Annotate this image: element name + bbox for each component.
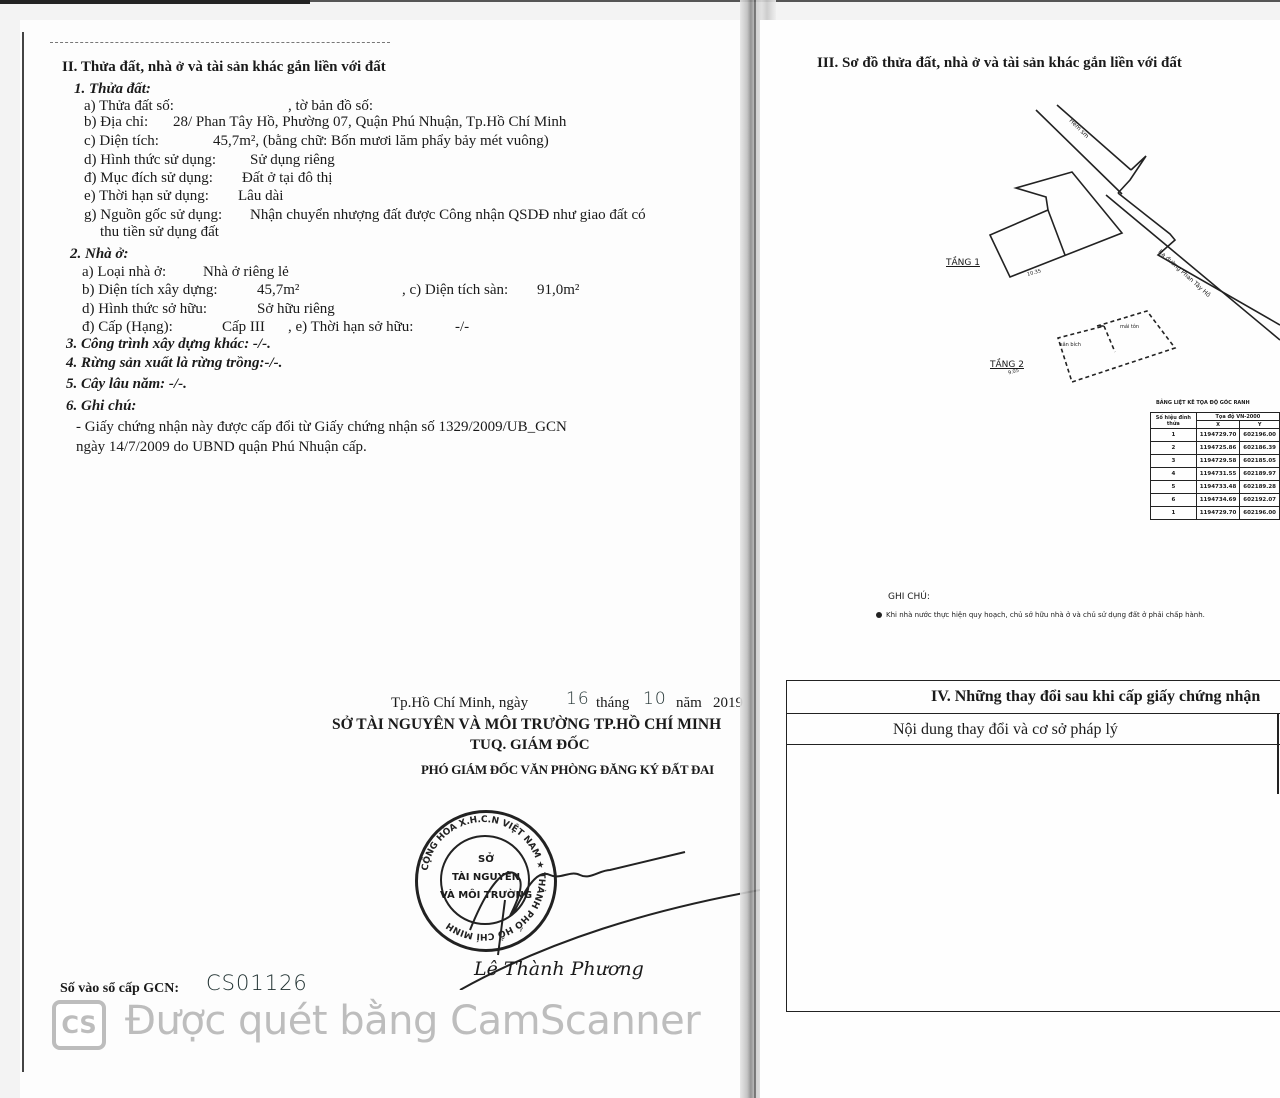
coord-cell-id: 1 [1151, 429, 1197, 442]
usage-term-value: Lâu dài [238, 187, 283, 205]
issue-date-day: 16 [566, 690, 590, 708]
issue-date-prefix: Tp.Hồ Chí Minh, ngày [391, 694, 528, 712]
section-iii-title: III. Sơ đồ thửa đất, nhà ở và tài sản kh… [817, 54, 1182, 72]
item3-other-constructions: 3. Công trình xây dựng khác: -/-. [66, 335, 271, 353]
section-iv-title: IV. Những thay đổi sau khi cấp giấy chứn… [931, 688, 1260, 706]
coord-cell-y: 602185.05 [1240, 455, 1280, 468]
coord-row: 11194729.70602196.00 [1151, 507, 1280, 520]
usage-purpose-value: Đất ở tại đô thị [242, 169, 332, 187]
floor-1-label: TẦNG 1 [946, 254, 980, 272]
ownership-value: Sở hữu riêng [257, 300, 335, 318]
note-line-2: ngày 14/7/2009 do UBND quận Phú Nhuận cấ… [76, 438, 367, 456]
issue-date-year: 2019 [713, 694, 743, 712]
coord-cell-x: 1194734.69 [1196, 494, 1240, 507]
item4-forest: 4. Rừng sản xuất là rừng trồng:-/-. [66, 354, 282, 372]
coord-cell-y: 602196.00 [1240, 507, 1280, 520]
floor-2-area-b: mái tôn [1120, 318, 1139, 336]
register-number: CS01126 [206, 974, 308, 992]
bullet-icon [876, 612, 882, 618]
land-plot-diagram [930, 100, 1280, 390]
section-ii-title: II. Thửa đất, nhà ở và tài sản khác gắn … [62, 58, 386, 76]
usage-term-label: e) Thời hạn sử dụng: [84, 187, 209, 205]
camscanner-logo-icon: CS [52, 1000, 106, 1050]
issue-date-month-label: tháng [596, 694, 629, 712]
signer-name: Lê Thành Phương [474, 958, 644, 980]
coord-cell-x: 1194729.58 [1196, 455, 1240, 468]
coord-cell-id: 2 [1151, 442, 1197, 455]
ownership-label: d) Hình thức sở hữu: [82, 300, 207, 318]
item6-notes-heading: 6. Ghi chú: [66, 397, 136, 415]
floor-area-value: 91,0m² [537, 281, 579, 299]
coord-cell-id: 1 [1151, 507, 1197, 520]
coord-cell-x: 1194725.86 [1196, 442, 1240, 455]
grade-value: Cấp III [222, 318, 265, 336]
coord-head-system: Tọa độ VN-2000 [1196, 413, 1279, 421]
usage-form-value: Sử dụng riêng [250, 151, 335, 169]
register-label: Số vào sổ cấp GCN: [60, 980, 179, 998]
signer-role: TUQ. GIÁM ĐỐC [470, 736, 590, 754]
ownership-term-value: -/- [455, 318, 469, 336]
diagram-note: Khi nhà nước thực hiện quy hoạch, chủ sở… [876, 611, 1205, 619]
coord-cell-y: 602189.28 [1240, 481, 1280, 494]
build-area-label: b) Diện tích xây dựng: [82, 281, 218, 299]
address-value: 28/ Phan Tây Hồ, Phường 07, Quận Phú Nhu… [173, 113, 566, 131]
coord-cell-y: 602196.00 [1240, 429, 1280, 442]
area-value: 45,7m², (bằng chữ: Bốn mươi lăm phẩy bảy… [213, 132, 549, 150]
coord-row: 21194725.86602186.39 [1151, 442, 1280, 455]
diagram-note-text: Khi nhà nước thực hiện quy hoạch, chủ sở… [886, 611, 1205, 619]
coord-row: 61194734.69602192.07 [1151, 494, 1280, 507]
coord-head-point: Số hiệu đỉnh thửa [1151, 413, 1197, 429]
coord-cell-y: 602192.07 [1240, 494, 1280, 507]
origin-value-cont: thu tiền sử dụng đất [100, 223, 219, 241]
house-heading: 2. Nhà ở: [70, 245, 128, 263]
usage-form-label: d) Hình thức sử dụng: [84, 151, 216, 169]
coord-row: 31194729.58602185.05 [1151, 455, 1280, 468]
usage-purpose-label: đ) Mục đích sử dụng: [84, 169, 213, 187]
issuing-authority: SỞ TÀI NGUYÊN VÀ MÔI TRƯỜNG TP.HỒ CHÍ MI… [332, 716, 721, 734]
issue-date-year-label: năm [676, 694, 702, 712]
grade-label: đ) Cấp (Hạng): [82, 318, 173, 336]
diagram-note-heading: GHI CHÚ: [888, 592, 930, 602]
scan-shadow [0, 0, 310, 4]
camscanner-watermark: Được quét bằng CamScanner [125, 998, 700, 1044]
coord-table: Số hiệu đỉnh thửa Tọa độ VN-2000 X Y 111… [1150, 412, 1280, 520]
coord-row: 51194733.48602189.28 [1151, 481, 1280, 494]
coord-cell-x: 1194729.70 [1196, 429, 1240, 442]
coord-cell-id: 6 [1151, 494, 1197, 507]
coord-row: 41194731.55602189.97 [1151, 468, 1280, 481]
floor-area-label: , c) Diện tích sàn: [402, 281, 508, 299]
land-heading: 1. Thửa đất: [74, 80, 151, 98]
issue-date-month: 10 [643, 690, 667, 708]
origin-label: g) Nguồn gốc sử dụng: [84, 206, 222, 224]
coord-cell-id: 4 [1151, 468, 1197, 481]
coord-cell-x: 1194729.70 [1196, 507, 1240, 520]
ownership-term-label: , e) Thời hạn sở hữu: [288, 318, 413, 336]
floor-2-area-a: sân bích [1060, 336, 1081, 354]
house-type-label: a) Loại nhà ở: [82, 263, 166, 281]
coord-cell-y: 602186.39 [1240, 442, 1280, 455]
section-iv-header-row: IV. Những thay đổi sau khi cấp giấy chứn… [787, 681, 1280, 714]
section-iv-table: IV. Những thay đổi sau khi cấp giấy chứn… [786, 680, 1280, 1012]
coord-head-x: X [1196, 421, 1240, 429]
coord-head-y: Y [1240, 421, 1280, 429]
signer-title: PHÓ GIÁM ĐỐC VĂN PHÒNG ĐĂNG KÝ ĐẤT ĐAI [421, 761, 714, 779]
note-line-1: - Giấy chứng nhận này được cấp đổi từ Gi… [76, 418, 567, 436]
coord-table-body: 11194729.70602196.0021194725.86602186.39… [1151, 429, 1280, 520]
coord-table-title: BẢNG LIỆT KÊ TỌA ĐỘ GÓC RANH [1156, 400, 1250, 406]
coord-cell-id: 3 [1151, 455, 1197, 468]
origin-value: Nhận chuyển nhượng đất được Công nhận QS… [250, 206, 646, 224]
section-iv-divider [1277, 714, 1279, 794]
section-iv-column-row: Nội dung thay đổi và cơ sở pháp lý [787, 714, 1280, 745]
coord-cell-x: 1194731.55 [1196, 468, 1240, 481]
build-area-value: 45,7m² [257, 281, 299, 299]
coord-cell-x: 1194733.48 [1196, 481, 1240, 494]
coord-cell-id: 5 [1151, 481, 1197, 494]
dashed-rule [50, 42, 390, 43]
address-label: b) Địa chỉ: [84, 113, 148, 131]
item5-perennial-trees: 5. Cây lâu năm: -/-. [66, 375, 187, 393]
house-type-value: Nhà ở riêng lẻ [203, 263, 289, 281]
area-label: c) Diện tích: [84, 132, 159, 150]
coord-row: 11194729.70602196.00 [1151, 429, 1280, 442]
page-border [22, 32, 24, 1072]
section-iv-column-label: Nội dung thay đổi và cơ sở pháp lý [893, 721, 1118, 739]
coord-cell-y: 602189.97 [1240, 468, 1280, 481]
